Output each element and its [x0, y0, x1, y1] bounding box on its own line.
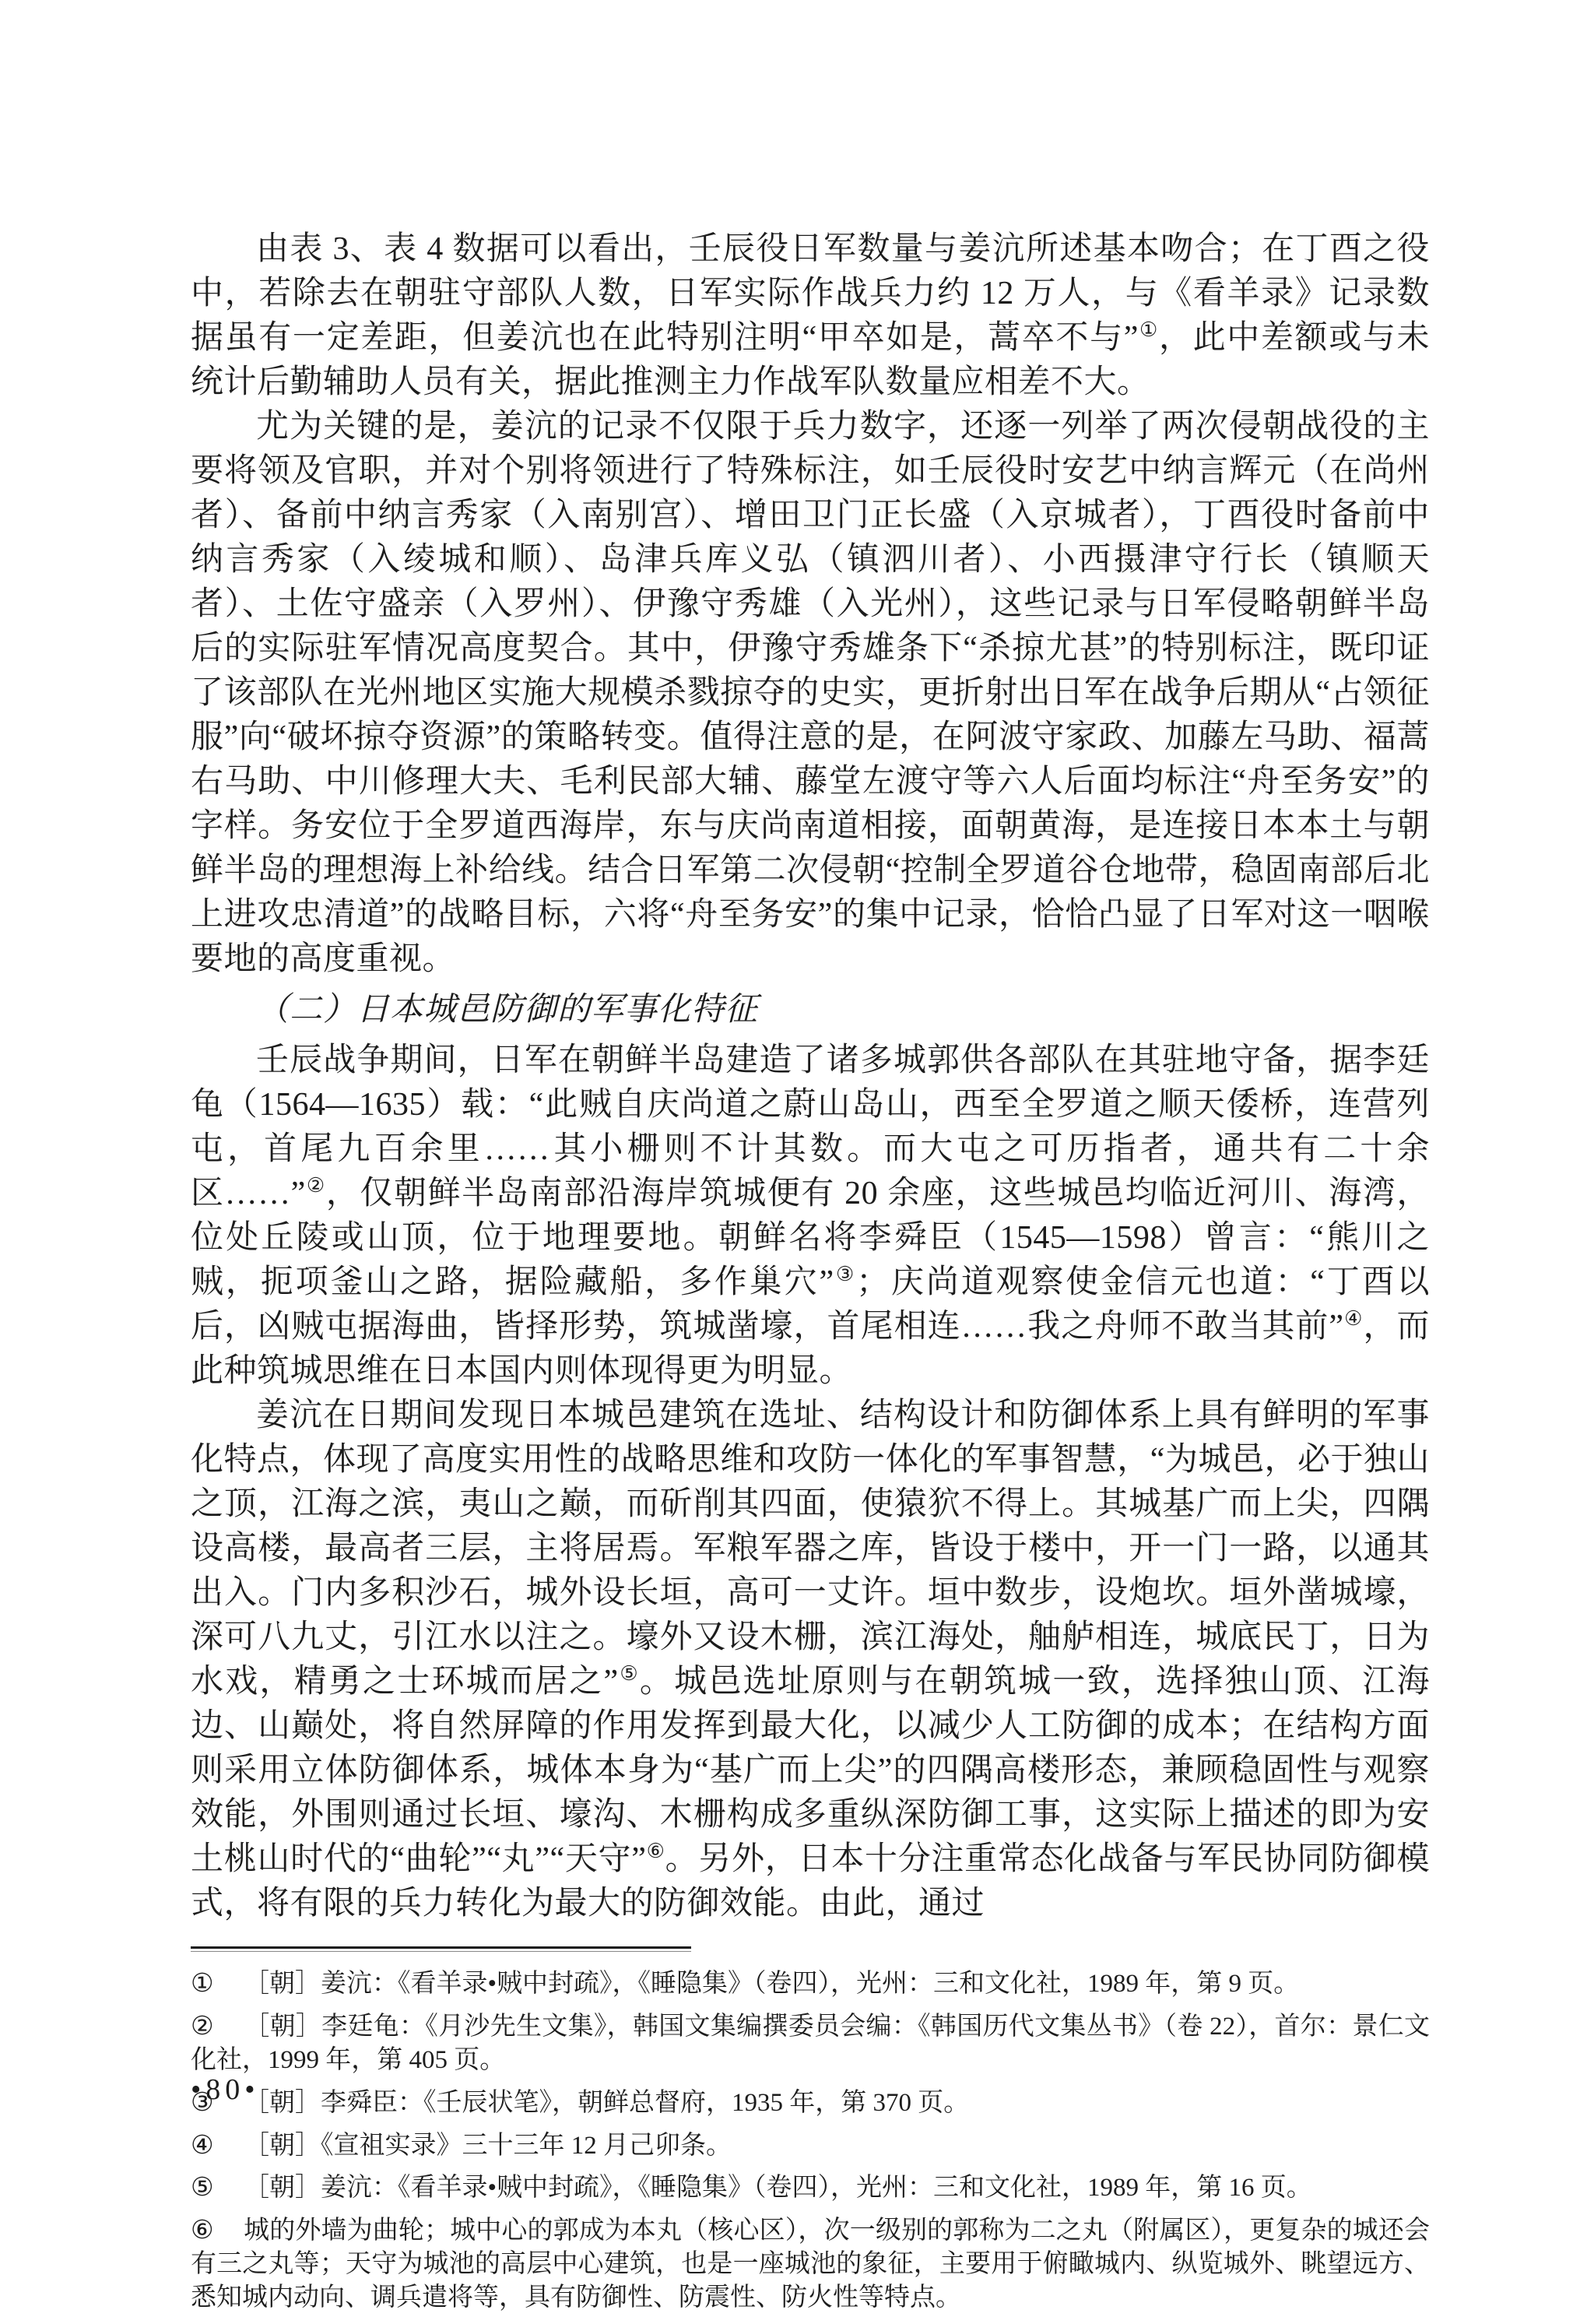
footnote-number: ① [191, 1967, 244, 2001]
footnotes-section: ①［朝］姜沆：《看羊录•贼中封疏》，《睡隐集》（卷四），光州：三和文化社，198… [191, 1967, 1430, 2315]
footnote-item: ③［朝］李舜臣：《壬辰状笔》，朝鲜总督府，1935 年，第 370 页。 [191, 2087, 1430, 2120]
section-heading: （二）日本城邑防御的军事化特征 [191, 988, 1430, 1032]
footnote-reference: ⑥ [646, 1840, 665, 1862]
footnote-reference: ③ [834, 1263, 857, 1285]
footnote-item: ①［朝］姜沆：《看羊录•贼中封疏》，《睡隐集》（卷四），光州：三和文化社，198… [191, 1967, 1430, 2001]
footnote-text: ［朝］姜沆：《看羊录•贼中封疏》，《睡隐集》（卷四），光州：三和文化社，1989… [244, 1970, 1299, 1998]
paragraph-troop-numbers: 由表 3、表 4 数据可以看出，壬辰役日军数量与姜沆所述基本吻合；在丁酉之役中，… [191, 227, 1430, 405]
footnote-item: ②［朝］李廷龟：《月沙先生文集》，韩国文集编撰委员会编：《韩国历代文集丛书》（卷… [191, 2010, 1430, 2077]
footnote-item: ⑤［朝］姜沆：《看羊录•贼中封疏》，《睡隐集》（卷四），光州：三和文化社，198… [191, 2171, 1430, 2205]
footnote-reference: ① [1139, 318, 1159, 341]
page: { "body": { "heading": "（二）日本城邑防御的军事化特征"… [0, 0, 1594, 2255]
footnote-item: ④［朝］《宣祖实录》三十三年 12 月己卯条。 [191, 2129, 1430, 2163]
footnote-text: ［朝］李舜臣：《壬辰状笔》，朝鲜总督府，1935 年，第 370 页。 [244, 2089, 969, 2117]
footnote-number: ④ [191, 2129, 244, 2163]
footnote-text: ［朝］《宣祖实录》三十三年 12 月己卯条。 [244, 2132, 732, 2160]
footnote-text: ［朝］李廷龟：《月沙先生文集》，韩国文集编撰委员会编：《韩国历代文集丛书》（卷 … [191, 2013, 1430, 2074]
footnote-separator [191, 1946, 691, 1952]
footnote-number: ② [191, 2010, 244, 2044]
text-column: 由表 3、表 4 数据可以看出，壬辰役日军数量与姜沆所述基本吻合；在丁酉之役中，… [191, 227, 1430, 2324]
footnote-reference: ④ [1344, 1307, 1364, 1330]
footnote-reference: ⑤ [619, 1662, 640, 1685]
paragraph-castle-building: 壬辰战争期间，日军在朝鲜半岛建造了诸多城郭供各部队在其驻地守备，据李廷龟（156… [191, 1039, 1430, 1394]
footnote-number: ⑥ [191, 2214, 244, 2248]
footnote-text: 城的外墙为曲轮；城中心的郭成为本丸（核心区），次一级别的郭称为二之丸（附属区），… [191, 2217, 1430, 2312]
footnote-item: ⑥城的外墙为曲轮；城中心的郭成为本丸（核心区），次一级别的郭称为二之丸（附属区）… [191, 2214, 1430, 2315]
paragraph-generals-list: 尤为关键的是，姜沆的记录不仅限于兵力数字，还逐一列举了两次侵朝战役的主要将领及官… [191, 405, 1430, 982]
page-number: •80• [191, 2073, 260, 2107]
footnote-number: ⑤ [191, 2171, 244, 2205]
paragraph-defense-features: 姜沆在日期间发现日本城邑建筑在选址、结构设计和防御体系上具有鲜明的军事化特点，体… [191, 1394, 1430, 1926]
footnote-text: ［朝］姜沆：《看羊录•贼中封疏》，《睡隐集》（卷四），光州：三和文化社，1989… [244, 2174, 1312, 2202]
footnote-reference: ② [306, 1174, 326, 1197]
